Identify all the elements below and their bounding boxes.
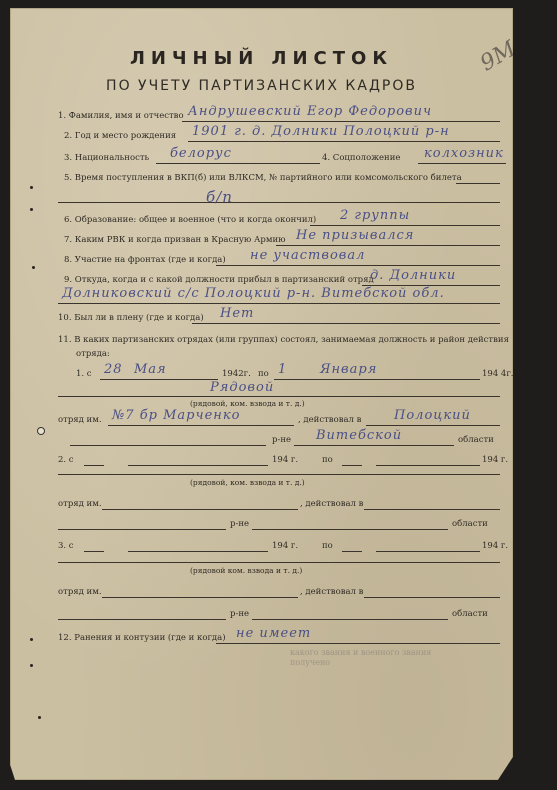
position-value: Рядовой [210, 380, 274, 395]
detachment-entry-2-position: (рядовой, ком. взвода и т. д.) [10, 470, 513, 488]
from-year: 194 г. [272, 455, 298, 465]
field-label: 5. Время поступления в ВКП(б) или ВЛКСМ,… [64, 173, 462, 183]
district-label: р-не [272, 435, 291, 445]
binding-hole [30, 208, 33, 211]
fill-line [192, 323, 500, 324]
fill-line [58, 396, 500, 397]
fill-line [58, 619, 226, 620]
detachment-label: отряд им. [58, 587, 102, 597]
fill-line [274, 379, 480, 380]
fill-line [58, 474, 500, 475]
bleed-through-text: какого звания и военного звания получено [290, 648, 431, 668]
detachment-entry-2-unit: отряд им. , действовал в [10, 494, 513, 512]
fill-line [366, 425, 500, 426]
field-value: колхозник [424, 146, 504, 161]
fill-line [84, 551, 104, 552]
from-month: Мая [134, 362, 167, 377]
acted-label: , действовал в [298, 415, 361, 425]
fill-line [418, 163, 506, 164]
position-hint: (рядовой, ком. взвода и т. д.) [190, 478, 305, 487]
bleed-through-line: какого звания и военного звания [290, 648, 431, 658]
fill-line [364, 509, 500, 510]
fill-line [58, 303, 500, 304]
document-page: ЛИЧНЫЙ ЛИСТОК ПО УЧЕТУ ПАРТИЗАНСКИХ КАДР… [10, 8, 513, 780]
field-value: Нет [220, 306, 254, 321]
field-label: 10. Был ли в плену (где и когда) [58, 313, 204, 323]
region-label: области [458, 435, 494, 445]
to-prefix: по [322, 455, 333, 465]
district-label: р-не [230, 519, 249, 529]
district-label: р-не [230, 609, 249, 619]
region-label: области [452, 519, 488, 529]
binding-hole [30, 186, 33, 189]
field-label: 8. Участие на фронтах (где и когда) [64, 255, 226, 265]
fill-line [216, 265, 500, 266]
fill-line [188, 141, 500, 142]
fill-line [376, 551, 480, 552]
field-label: 3. Национальность [64, 153, 149, 163]
field-conscription: 7. Каким РВК и когда призван в Красную А… [10, 230, 513, 248]
fill-line [294, 445, 454, 446]
entry-number: 1. с [76, 369, 92, 379]
field-detachments-cont: отряда: [10, 344, 513, 362]
detachment-entry-3-unit: отряд им. , действовал в [10, 582, 513, 600]
position-hint: (рядовой ком. взвода и т. д.) [190, 566, 302, 575]
fill-line [276, 245, 500, 246]
field-education: 6. Образование: общее и военное (что и к… [10, 210, 513, 228]
field-value: Андрушевский Егор Федорович [188, 104, 432, 119]
region-value: Витебской [316, 428, 402, 443]
binding-hole [32, 266, 35, 269]
document-subtitle: ПО УЧЕТУ ПАРТИЗАНСКИХ КАДРОВ [10, 78, 513, 94]
field-value: 2 группы [340, 208, 410, 223]
field-name: 1. Фамилия, имя и отчество Андрушевский … [10, 106, 513, 124]
field-label: 1. Фамилия, имя и отчество [58, 111, 184, 121]
detachment-entry-3-region: р-не области [10, 604, 513, 622]
to-prefix: по [258, 369, 269, 379]
field-party: 5. Время поступления в ВКП(б) или ВЛКСМ,… [10, 168, 513, 186]
fill-line [310, 225, 500, 226]
field-label: 6. Образование: общее и военное (что и к… [64, 215, 316, 225]
entry-number: 3. с [58, 541, 74, 551]
fill-line [84, 465, 104, 466]
to-year: 194 г. [482, 455, 508, 465]
field-value: Долниковский с/с Полоцкий р-н. Витебской… [62, 286, 445, 301]
fill-line [58, 529, 226, 530]
field-label: отряда: [76, 349, 110, 359]
field-value: Не призывался [296, 228, 414, 243]
fill-line [58, 562, 500, 563]
field-label: 4. Соцположение [322, 153, 400, 163]
fill-line [252, 619, 448, 620]
fill-line [376, 465, 480, 466]
field-wounds: 12. Ранения и контузии (где и когда) не … [10, 628, 513, 646]
corner-annotation: 9M [476, 37, 520, 77]
field-value: не имеет [236, 626, 311, 641]
region-label: области [452, 609, 488, 619]
fill-line [102, 597, 298, 598]
field-origin-cont: Долниковский с/с Полоцкий р-н. Витебской… [10, 288, 513, 306]
document-title: ЛИЧНЫЙ ЛИСТОК [10, 48, 513, 69]
fill-line [342, 551, 362, 552]
binding-hole [38, 428, 44, 434]
from-year: 1942г. [222, 369, 251, 379]
field-value: д. Долники [370, 268, 456, 283]
binding-hole [30, 664, 33, 667]
position-hint: (рядовой, ком. взвода и т. д.) [190, 399, 305, 408]
from-day: 28 [104, 362, 123, 377]
field-label: 7. Каким РВК и когда призван в Красную А… [64, 235, 286, 245]
detachment-label: отряд им. [58, 415, 102, 425]
fill-line [128, 465, 268, 466]
to-year: 194 г. [482, 541, 508, 551]
detachment-entry-1-position: Рядовой (рядовой, ком. взвода и т. д.) [10, 386, 513, 404]
fill-line [70, 445, 266, 446]
fill-line [364, 597, 500, 598]
binding-hole [30, 638, 33, 641]
fill-line [182, 121, 500, 122]
fill-line [342, 465, 362, 466]
detachment-entry-1-region: р-не Витебской области [10, 430, 513, 448]
field-value: не участвовал [250, 248, 365, 263]
detachment-entry-3-position: (рядовой ком. взвода и т. д.) [10, 558, 513, 576]
to-day: 1 [278, 362, 287, 377]
field-nationality: 3. Национальность белорус 4. Соцположени… [10, 148, 513, 166]
field-value: 1901 г. д. Долники Полоцкий р-н [192, 124, 450, 139]
entry-number: 2. с [58, 455, 74, 465]
field-party-cont: б/п [10, 186, 513, 204]
fill-line [252, 529, 448, 530]
detachment-entry-3-dates: 3. с 194 г. по 194 г. [10, 536, 513, 554]
field-captivity: 10. Был ли в плену (где и когда) Нет [10, 308, 513, 326]
detachment-value: №7 бр Марченко [112, 408, 240, 423]
field-label: 9. Откуда, когда и с какой должности при… [64, 275, 374, 285]
fill-line [100, 379, 218, 380]
detachment-label: отряд им. [58, 499, 102, 509]
acted-label: , действовал в [300, 499, 363, 509]
field-value: б/п [206, 188, 233, 206]
bleed-through-line: получено [290, 658, 431, 668]
fill-line [216, 643, 500, 644]
fill-line [128, 551, 268, 552]
from-year: 194 г. [272, 541, 298, 551]
field-label: 2. Год и место рождения [64, 131, 176, 141]
district-value: Полоцкий [394, 408, 471, 423]
fill-line [456, 183, 500, 184]
to-prefix: по [322, 541, 333, 551]
fill-line [108, 425, 294, 426]
detachment-entry-2-region: р-не области [10, 514, 513, 532]
fill-line [102, 509, 298, 510]
field-value: белорус [170, 146, 232, 161]
fill-line [58, 202, 500, 203]
fill-line [156, 163, 320, 164]
to-year: 194 4г. [482, 369, 514, 379]
acted-label: , действовал в [300, 587, 363, 597]
field-birth: 2. Год и место рождения 1901 г. д. Долни… [10, 126, 513, 144]
binding-hole [38, 716, 41, 719]
field-label: 12. Ранения и контузии (где и когда) [58, 633, 226, 643]
detachment-entry-1-unit: отряд им. №7 бр Марченко , действовал в … [10, 410, 513, 428]
detachment-entry-2-dates: 2. с 194 г. по 194 г. [10, 450, 513, 468]
field-fronts: 8. Участие на фронтах (где и когда) не у… [10, 250, 513, 268]
to-month: Января [320, 362, 377, 377]
